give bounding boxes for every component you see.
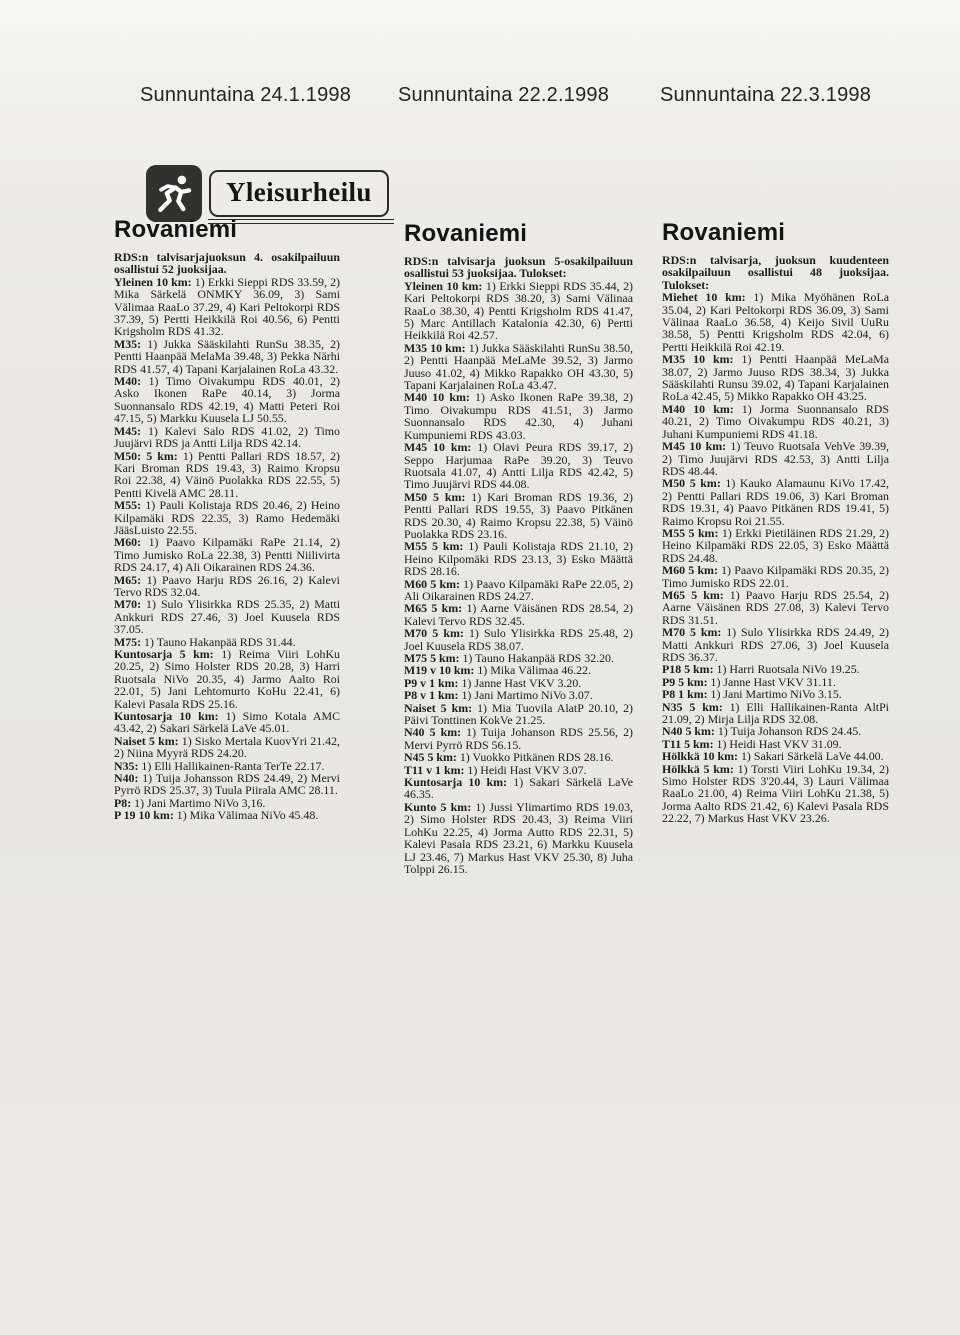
athletics-section-logo: Yleisurheilu [146,165,389,222]
result-entry: M45: 1) Kalevi Salo RDS 41.02, 2) Timo J… [114,425,340,450]
column-intro: RDS:n talvisarja, juoksun kuudenteen osa… [662,254,889,291]
category-label: M55 5 km: [662,526,718,540]
category-label: M35 10 km: [404,341,466,355]
results-column-2: RovaniemiRDS:n talvisarja juoksun 5-osak… [404,220,633,875]
result-entry: M35: 1) Jukka Sääskilahti RunSu 38.35, 2… [114,338,340,375]
result-entry: M70 5 km: 1) Sulo Ylisirkka RDS 24.49, 2… [662,626,889,663]
result-entry: N40 5 km: 1) Tuija Johanson RDS 25.56, 2… [404,726,633,751]
category-label: M40 10 km: [662,402,734,416]
column-title: Rovaniemi [662,219,889,247]
column-intro: RDS:n talvisarjajuoksun 4. osakilpailuun… [114,251,340,276]
category-label: M45 10 km: [404,440,471,454]
result-entry: Kuntosarja 5 km: 1) Reima Viiri LohKu 20… [114,648,340,710]
results-column-1: RovaniemiRDS:n talvisarjajuoksun 4. osak… [114,216,340,822]
category-label: Yleinen 10 km: [404,279,482,293]
category-label: Miehet 10 km: [662,290,746,304]
category-label: M70 5 km: [404,626,464,640]
column-title: Rovaniemi [404,220,633,248]
category-label: M65: [114,573,141,587]
result-entry: M40: 1) Timo Oivakumpu RDS 40.01, 2) Ask… [114,375,340,425]
category-label: P 19 10 km: [114,808,174,822]
result-entry: Miehet 10 km: 1) Mika Myöhänen RoLa 35.0… [662,291,889,353]
scanned-newspaper-page: Sunnuntaina 24.1.1998 Sunnuntaina 22.2.1… [0,0,960,1335]
category-label: N40: [114,771,138,785]
result-entry: M70 5 km: 1) Sulo Ylisirkka RDS 25.48, 2… [404,627,633,652]
category-label: M40: [114,374,141,388]
category-label: M65 5 km: [662,588,724,602]
category-label: M45: [114,424,141,438]
category-label: M60 5 km: [662,563,718,577]
category-label: M45 10 km: [662,439,726,453]
category-label: M70: [114,597,141,611]
result-entry: M55 5 km: 1) Pauli Kolistaja RDS 21.10, … [404,540,633,577]
result-entry: P 19 10 km: 1) Mika Välimaa NiVo 45.48. [114,809,340,821]
category-label: N35 5 km: [662,700,723,714]
result-entry: M60: 1) Paavo Kilpamäki RaPe 21.14, 2) T… [114,536,340,573]
category-label: Kuntosarja 10 km: [114,709,219,723]
column-intro: RDS:n talvisarja juoksun 5-osakilpailuun… [404,255,633,280]
result-entry: M45 10 km: 1) Teuvo Ruotsala VehVe 39.39… [662,440,889,477]
category-label: M60: [114,535,141,549]
category-label: M60 5 km: [404,577,460,591]
column-title: Rovaniemi [114,216,340,244]
result-entry: Kunto 5 km: 1) Jussi Ylimartimo RDS 19.0… [404,801,633,875]
result-entry: M65 5 km: 1) Paavo Harju RDS 25.54, 2) A… [662,589,889,626]
category-label: Naiset 5 km: [114,734,179,748]
results-column-3: RovaniemiRDS:n talvisarja, juoksun kuude… [662,219,889,825]
result-entry: Naiset 5 km: 1) Sisko Mertala KuovYri 21… [114,735,340,760]
date-header-2: Sunnuntaina 22.2.1998 [398,84,609,107]
category-label: Kuntosarja 5 km: [114,647,214,661]
result-entry: M40 10 km: 1) Asko Ikonen RaPe 39.38, 2)… [404,391,633,441]
category-label: M50 5 km: [404,490,465,504]
result-entry: M40 10 km: 1) Jorma Suonnansalo RDS 40.2… [662,403,889,440]
category-label: Kuntosarja 10 km: [404,775,507,789]
result-entry: Kuntosarja 10 km: 1) Sakari Särkelä LaVe… [404,776,633,801]
result-entry: N35 5 km: 1) Elli Hallikainen-Ranta AltP… [662,701,889,726]
result-entry: M60 5 km: 1) Paavo Kilpamäki RDS 20.35, … [662,564,889,589]
result-entry: M35 10 km: 1) Pentti Haanpää MeLaMa 38.0… [662,353,889,403]
result-entry: M50 5 km: 1) Kari Broman RDS 19.36, 2) P… [404,491,633,541]
category-label: Naiset 5 km: [404,701,472,715]
result-entry: M60 5 km: 1) Paavo Kilpamäki RaPe 22.05,… [404,578,633,603]
category-label: M35: [114,337,141,351]
category-label: N40 5 km: [404,725,461,739]
result-entry: M70: 1) Sulo Ylisirkka RDS 25.35, 2) Mat… [114,598,340,635]
result-entry: M50: 5 km: 1) Pentti Pallari RDS 18.57, … [114,450,340,500]
result-entry: M55: 1) Pauli Kolistaja RDS 20.46, 2) He… [114,499,340,536]
category-label: M65 5 km: [404,601,462,615]
result-entry: M65: 1) Paavo Harju RDS 26.16, 2) Kalevi… [114,574,340,599]
result-entry: M35 10 km: 1) Jukka Sääskilahti RunSu 38… [404,342,633,392]
category-label: M35 10 km: [662,352,734,366]
result-entry: M55 5 km: 1) Erkki Pietiläinen RDS 21.29… [662,527,889,564]
category-label: M55: [114,498,141,512]
category-label: Yleinen 10 km: [114,275,192,289]
runner-icon [146,165,202,222]
category-label: M40 10 km: [404,390,470,404]
date-header-1: Sunnuntaina 24.1.1998 [140,84,351,107]
result-entry: M65 5 km: 1) Aarne Väisänen RDS 28.54, 2… [404,602,633,627]
result-entry: Yleinen 10 km: 1) Erkki Sieppi RDS 35.44… [404,280,633,342]
category-label: Hölkkä 5 km: [662,762,734,776]
date-header-3: Sunnuntaina 22.3.1998 [660,84,871,107]
result-entry: Kuntosarja 10 km: 1) Simo Kotala AMC 43.… [114,710,340,735]
result-entry: Hölkkä 5 km: 1) Torsti Viiri LohKu 19.34… [662,763,889,825]
category-label: M50: 5 km: [114,449,178,463]
result-entry: Naiset 5 km: 1) Mia Tuovila AlatP 20.10,… [404,702,633,727]
logo-label-box: Yleisurheilu [209,170,389,217]
category-label: M55 5 km: [404,539,463,553]
category-label: M50 5 km: [662,476,721,490]
category-label: M70 5 km: [662,625,721,639]
result-entry: M45 10 km: 1) Olavi Peura RDS 39.17, 2) … [404,441,633,491]
result-entry: Yleinen 10 km: 1) Erkki Sieppi RDS 33.59… [114,276,340,338]
result-entry: N40: 1) Tuija Johansson RDS 24.49, 2) Me… [114,772,340,797]
category-label: Kunto 5 km: [404,800,471,814]
result-entry: M50 5 km: 1) Kauko Alamaunu KiVo 17.42, … [662,477,889,527]
logo-label: Yleisurheilu [226,177,372,207]
